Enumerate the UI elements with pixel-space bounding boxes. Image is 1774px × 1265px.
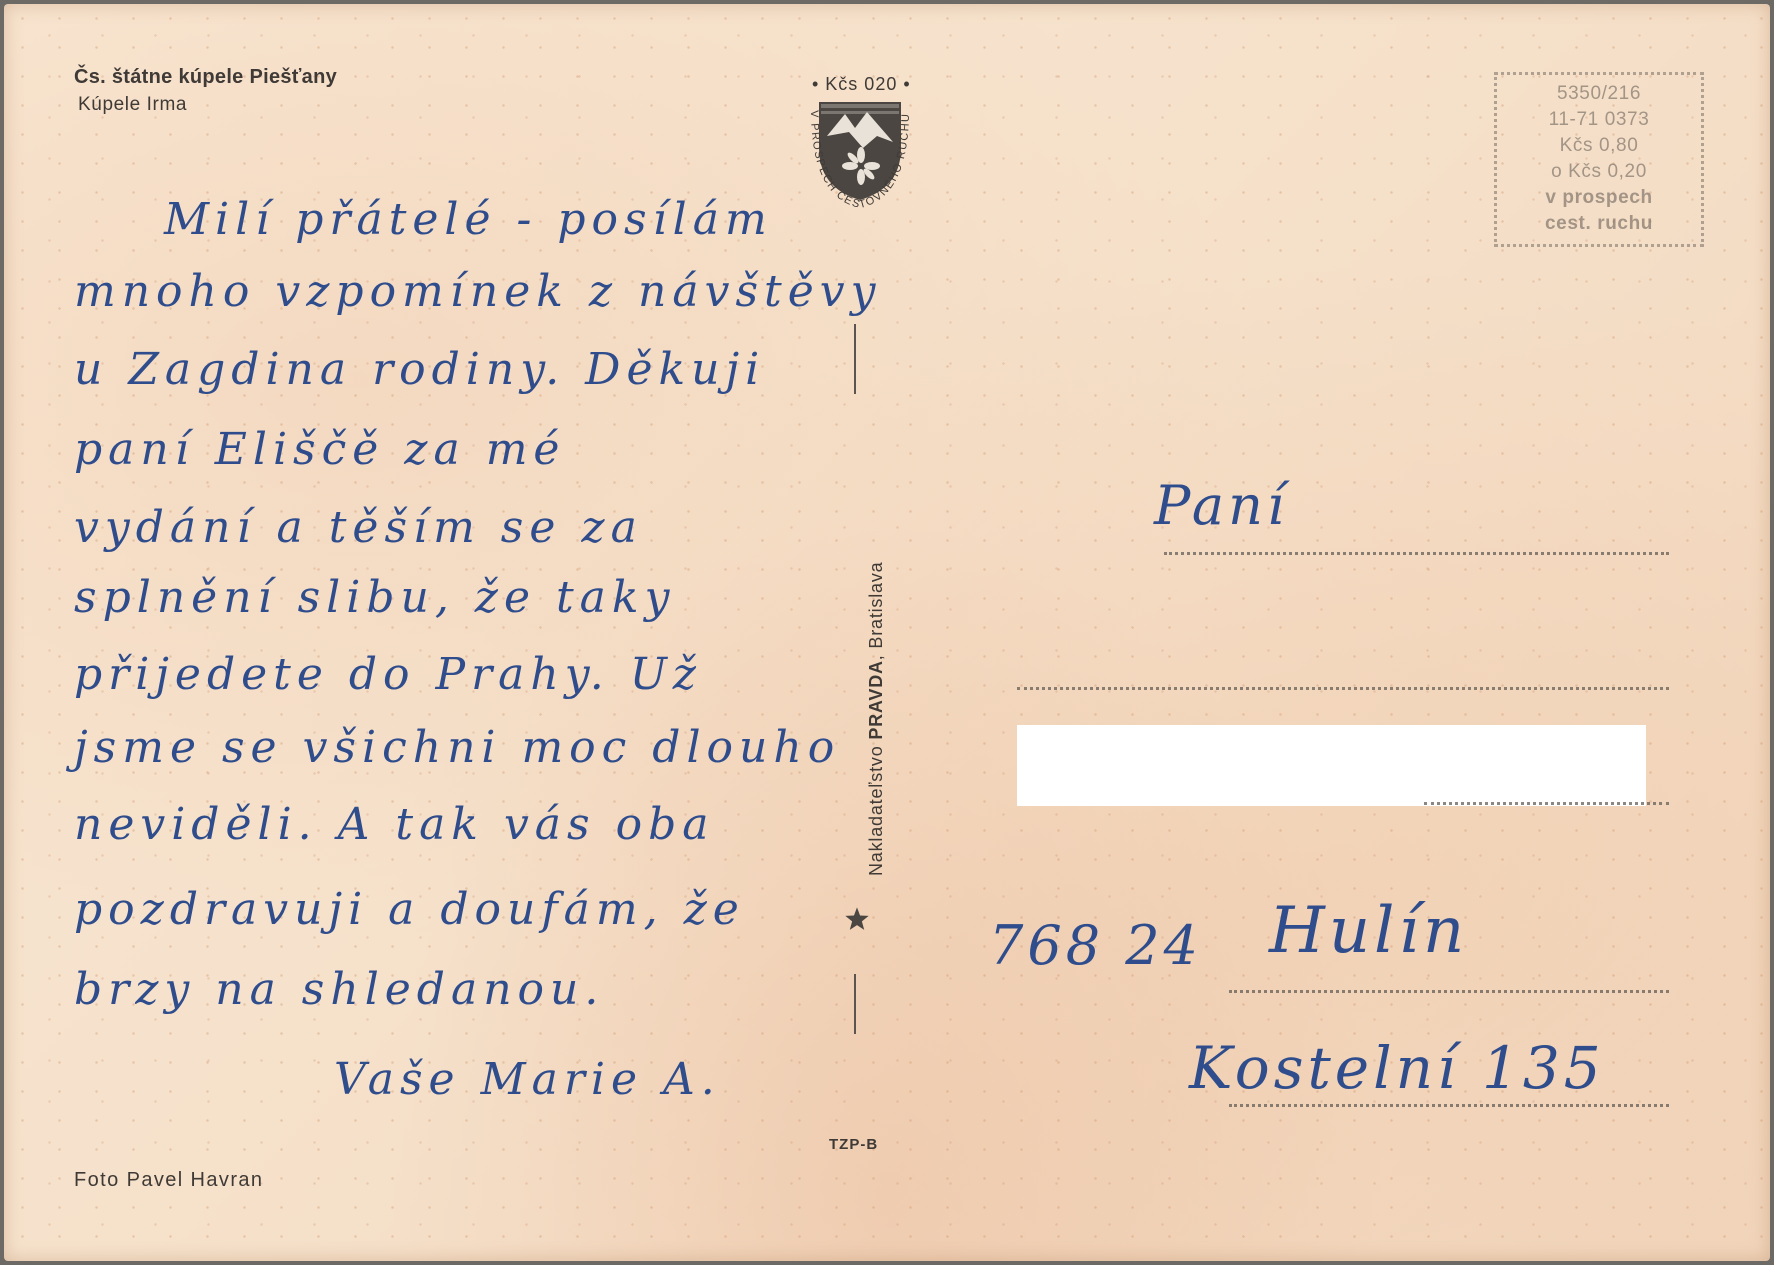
address-salutation: Paní: [1154, 474, 1288, 537]
message-line: splnění slibu, že taky: [74, 572, 675, 623]
printed-subtitle: Kúpele Irma: [78, 94, 187, 116]
publisher-city: , Bratislava: [866, 562, 886, 661]
address-postal-code: 768 24: [989, 914, 1202, 977]
star-icon: [843, 905, 871, 933]
message-line: jsme se všichni moc dlouho: [74, 722, 840, 773]
price-stamp: 5350/216 11-71 0373 Kčs 0,80 o Kčs 0,20 …: [1494, 72, 1704, 247]
address-line-1: [1164, 552, 1669, 555]
address-line-5: [1229, 1104, 1669, 1107]
photo-credit: Foto Pavel Havran: [74, 1169, 263, 1192]
message-line: vydání a těším se za: [74, 502, 643, 553]
address-line-2: [1017, 687, 1669, 690]
address-line-4: [1229, 990, 1669, 993]
price-stamp-line: 5350/216: [1497, 81, 1701, 107]
price-stamp-line: Kčs 0,80: [1497, 133, 1701, 159]
message-line: Milí přátelé - posílám: [164, 194, 773, 245]
address-line-3: [1424, 802, 1669, 805]
message-line: u Zagdina rodiny. Děkuji: [74, 344, 765, 395]
message-line: mnoho vzpomínek z návštěvy: [74, 266, 882, 317]
publisher-name: PRAVDA: [866, 660, 886, 739]
publisher-imprint: Nakladateľstvo PRAVDA, Bratislava: [866, 562, 887, 876]
redacted-name: [1017, 725, 1646, 806]
message-line: přijedete do Prahy. Už: [74, 649, 702, 700]
signature: Vaše Marie A.: [334, 1054, 721, 1105]
address-city: Hulín: [1269, 894, 1468, 968]
publisher-prefix: Nakladateľstvo: [866, 745, 886, 876]
address-street: Kostelní 135: [1189, 1034, 1605, 1102]
price-stamp-line: v prospech: [1497, 185, 1701, 211]
message-line: paní Eliščě za mé: [74, 424, 565, 475]
emblem-value: • Kčs 020 •: [812, 74, 911, 95]
series-code: TZP-B: [829, 1136, 878, 1153]
price-stamp-line: cest. ruchu: [1497, 211, 1701, 237]
postcard-back: Čs. štátne kúpele Piešťany Kúpele Irma V…: [4, 4, 1770, 1261]
center-divider: [854, 324, 856, 394]
message-line: pozdravuji a doufám, že: [74, 884, 745, 935]
price-stamp-line: o Kčs 0,20: [1497, 159, 1701, 185]
price-stamp-line: 11-71 0373: [1497, 107, 1701, 133]
printed-title: Čs. štátne kúpele Piešťany: [74, 66, 337, 89]
message-line: brzy na shledanou.: [74, 964, 604, 1015]
center-divider: [854, 974, 856, 1034]
message-line: neviděli. A tak vás oba: [74, 799, 715, 850]
